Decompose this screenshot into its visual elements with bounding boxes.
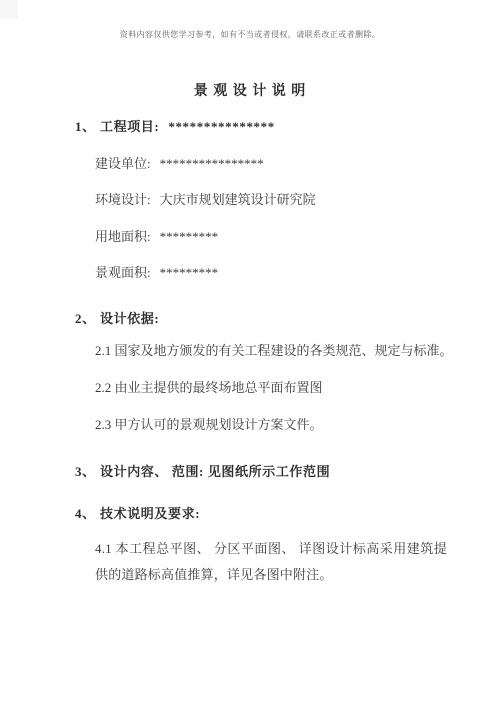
field-value: 大庆市规划建筑设计研究院 — [160, 192, 316, 207]
field-landscape-area: 景观面积:********* — [95, 265, 218, 281]
section-1-heading: 1、工程项目:*************** — [75, 119, 275, 135]
field-label: 建设单位: — [95, 156, 151, 171]
section-4-heading: 4、技术说明及要求: — [75, 506, 200, 522]
field-label: 景观面积: — [95, 265, 151, 280]
corner-artifact — [0, 0, 18, 18]
clause-4-1: 4.1 本工程总平图、 分区平面图、 详图设计标高采用建筑提供的道路标高值推算，… — [95, 536, 447, 588]
section-4-number: 4、 — [75, 506, 100, 522]
document-page: 资料内容仅供您学习参考，如有不当或者侵权，请联系改正或者删除。 景 观 设 计 … — [0, 0, 500, 708]
section-1-number: 1、 — [75, 119, 100, 135]
section-3-label: 设计内容、 范围: 见图纸所示工作范围 — [100, 464, 330, 479]
field-construction-unit: 建设单位:**************** — [95, 156, 264, 172]
section-3-heading: 3、设计内容、 范围: 见图纸所示工作范围 — [75, 464, 330, 480]
disclaimer-text: 资料内容仅供您学习参考，如有不当或者侵权，请联系改正或者删除。 — [0, 29, 500, 40]
field-value: ********* — [160, 229, 219, 244]
section-2-heading: 2、设计依据: — [75, 311, 159, 327]
field-land-area: 用地面积:********* — [95, 229, 218, 245]
field-value: ********* — [160, 265, 219, 280]
section-2-label: 设计依据: — [100, 311, 159, 326]
field-label: 环境设计: — [95, 192, 151, 207]
document-title: 景 观 设 计 说 明 — [0, 80, 500, 100]
clause-2-1: 2.1 国家及地方颁发的有关工程建设的各类规范、规定与标准。 — [95, 343, 453, 359]
section-1-label: 工程项目: — [100, 119, 159, 134]
section-4-label: 技术说明及要求: — [100, 506, 200, 521]
field-environment-design: 环境设计:大庆市规划建筑设计研究院 — [95, 192, 316, 208]
field-value: **************** — [160, 156, 264, 171]
section-3-number: 3、 — [75, 464, 100, 480]
clause-2-3: 2.3 甲方认可的景观规划设计方案文件。 — [95, 417, 323, 433]
section-2-number: 2、 — [75, 311, 100, 327]
section-1-value: *************** — [168, 119, 275, 134]
field-label: 用地面积: — [95, 229, 151, 244]
clause-2-2: 2.2 由业主提供的最终场地总平面布置图 — [95, 380, 323, 396]
